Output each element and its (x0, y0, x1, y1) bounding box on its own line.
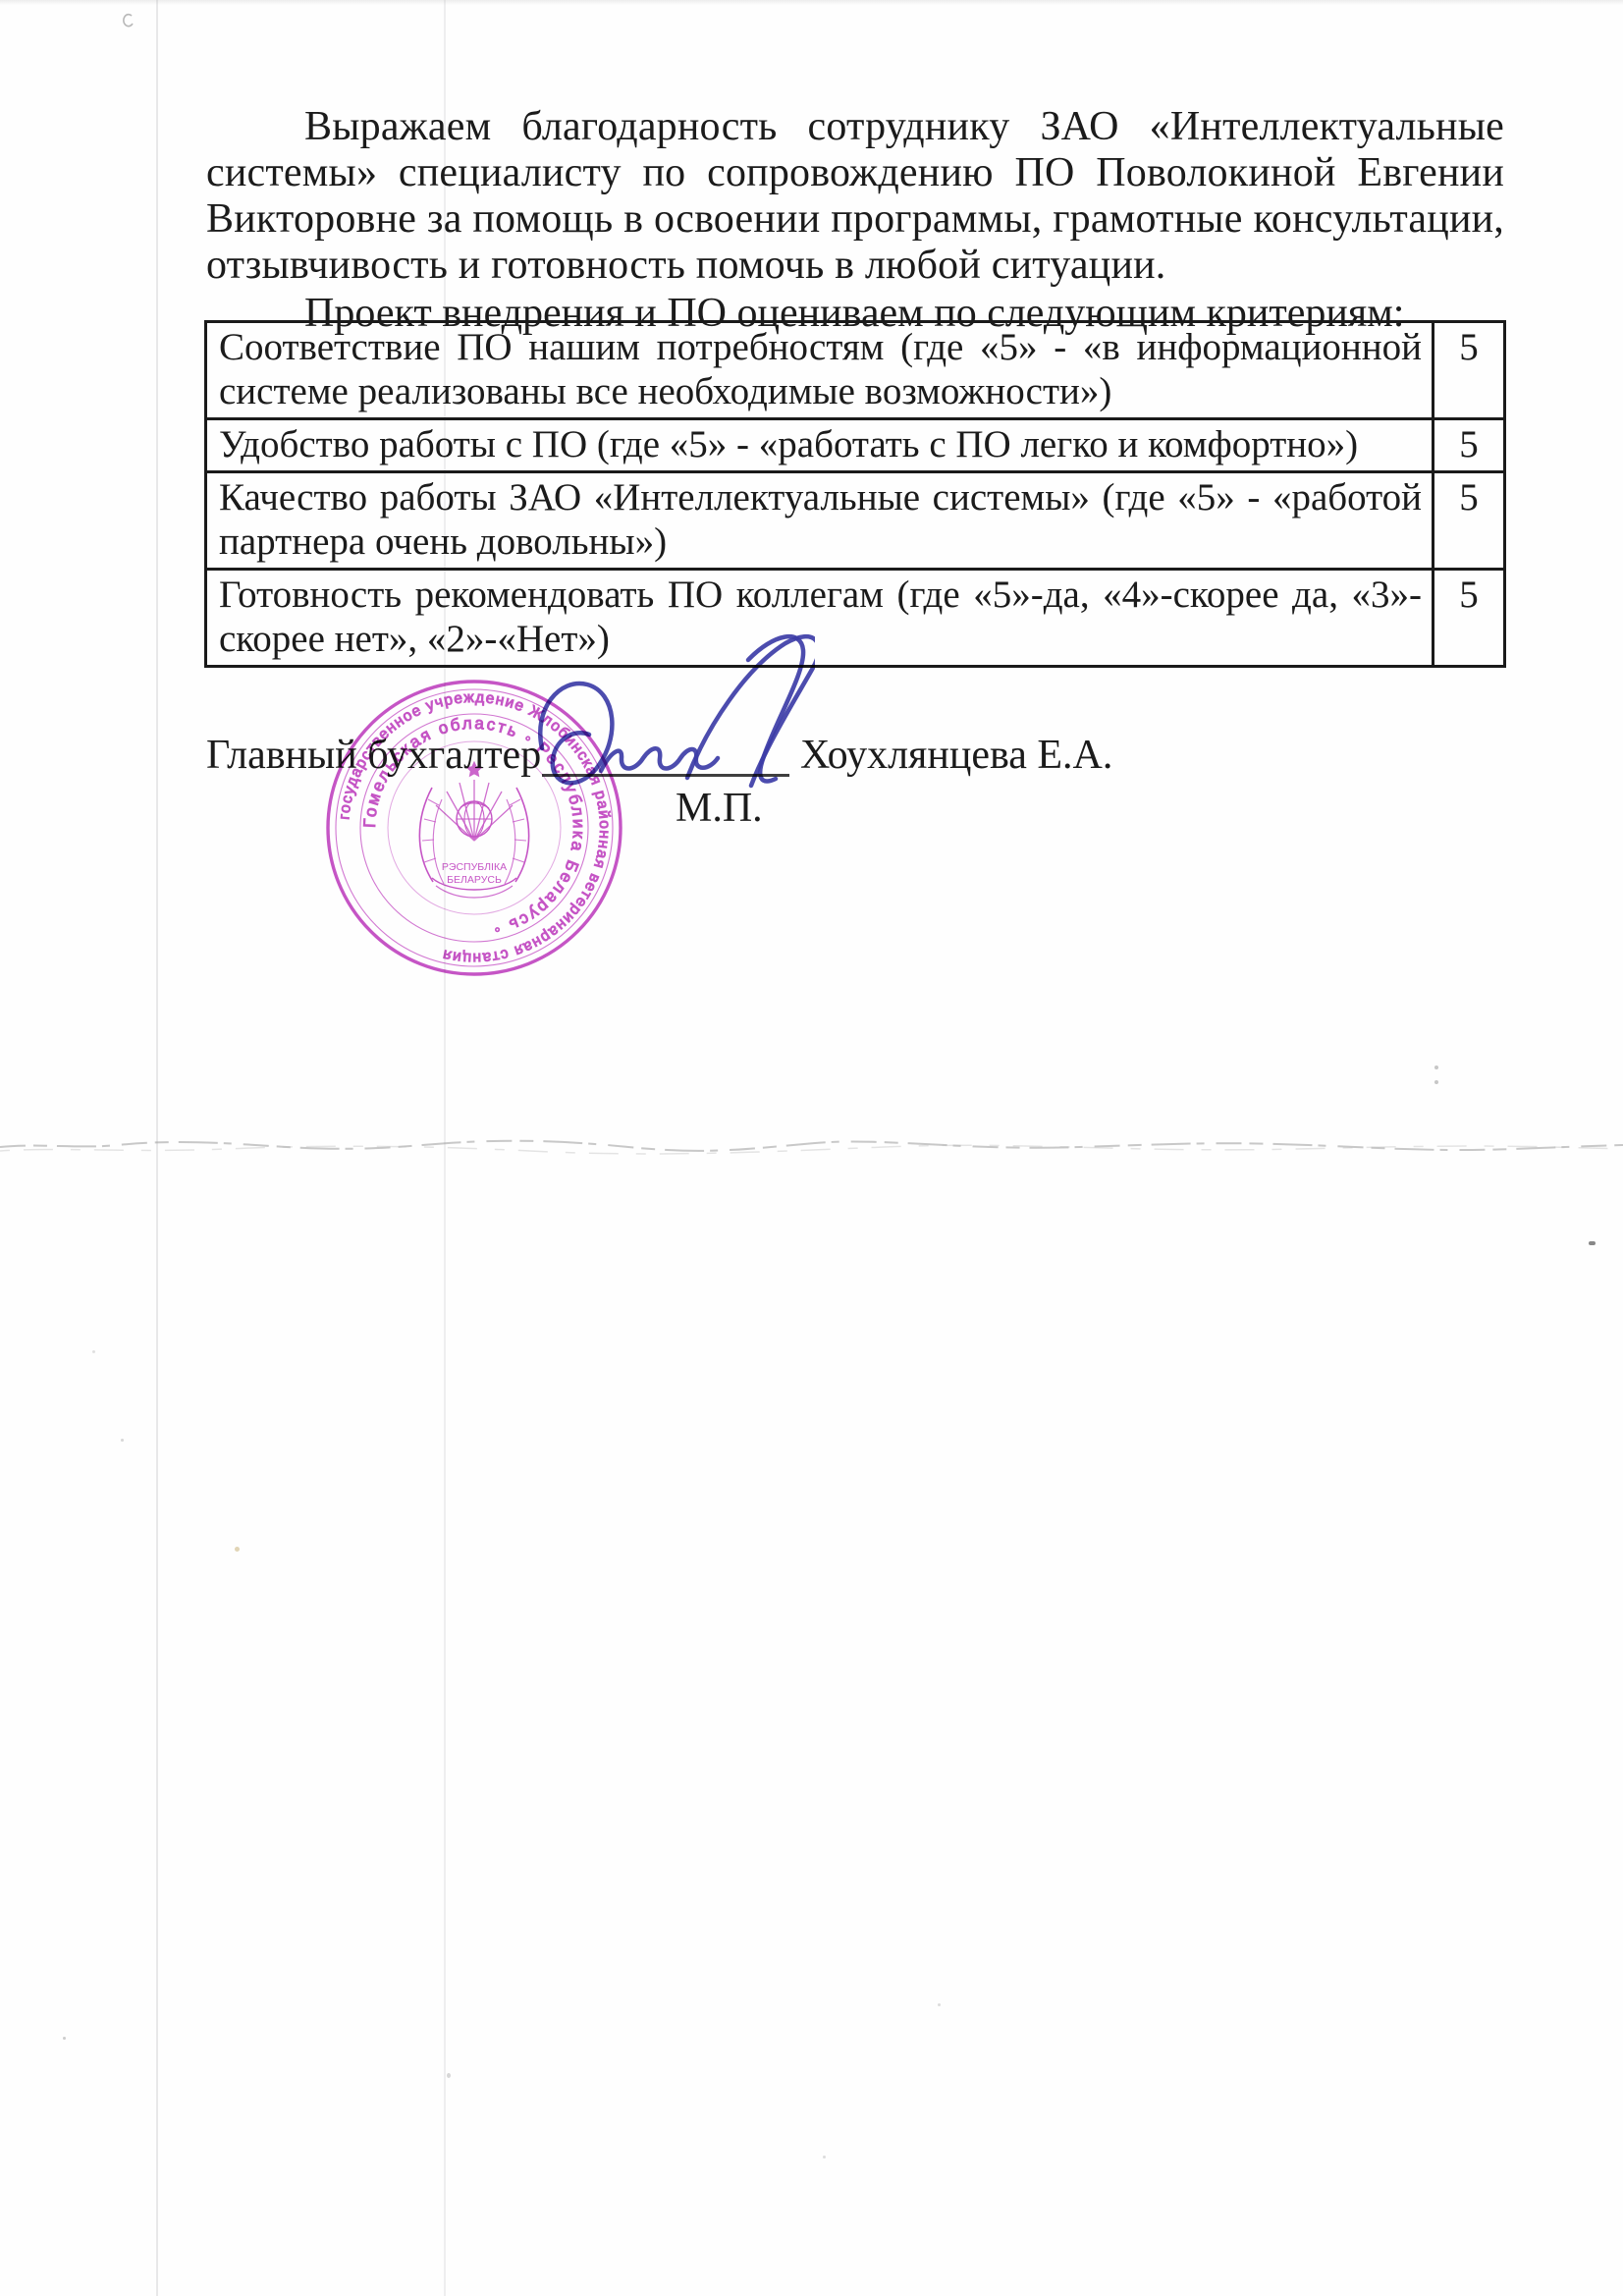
criterion-cell: Соответствие ПО нашим потребностям (где … (206, 322, 1434, 419)
dust-speck (63, 2037, 66, 2040)
criterion-cell: Удобство работы с ПО (где «5» - «работат… (206, 419, 1434, 472)
signer-name: Хоухлянцева Е.А. (800, 732, 1112, 779)
scanned-document-page: Выражаем благодарность сотруднику ЗАО «И… (0, 0, 1623, 2296)
score-cell: 5 (1434, 472, 1505, 570)
dust-speck (447, 2073, 451, 2078)
paragraph-line: отзывчивость и готовность помочь в любой… (206, 243, 1504, 289)
score-cell: 5 (1434, 419, 1505, 472)
dust-speck (121, 1439, 124, 1442)
dust-speck (1589, 1241, 1596, 1245)
scan-artifact-mark (120, 12, 135, 29)
table-row: Удобство работы с ПО (где «5» - «работат… (206, 419, 1505, 472)
score-cell: 5 (1434, 322, 1505, 419)
gratitude-paragraph: Выражаем благодарность сотруднику ЗАО «И… (206, 104, 1504, 289)
paragraph-line: системы» специалисту по сопровождению ПО… (206, 150, 1504, 196)
stamp-center-line2: БЕЛАРУСЬ (447, 874, 502, 886)
table-row: Соответствие ПО нашим потребностям (где … (206, 322, 1505, 419)
stamp-center-line1: РЭСПУБЛІКА (442, 861, 507, 873)
dust-speck (1434, 1080, 1438, 1084)
dust-speck (235, 1547, 240, 1552)
dust-speck (92, 1350, 95, 1353)
table-row: Готовность рекомендовать ПО коллегам (гд… (206, 570, 1505, 667)
criteria-table: Соответствие ПО нашим потребностям (где … (204, 320, 1506, 668)
table-row: Качество работы ЗАО «Интеллектуальные си… (206, 472, 1505, 570)
criterion-cell: Качество работы ЗАО «Интеллектуальные си… (206, 472, 1434, 570)
dust-speck (823, 2156, 826, 2159)
paragraph-line: Викторовне за помощь в освоении программ… (206, 196, 1504, 243)
paragraph-line: Выражаем благодарность сотруднику ЗАО «И… (206, 104, 1504, 150)
fold-crease-line (0, 1127, 1623, 1167)
dust-speck (938, 2003, 941, 2006)
score-cell: 5 (1434, 570, 1505, 667)
criterion-cell: Готовность рекомендовать ПО коллегам (гд… (206, 570, 1434, 667)
dust-speck (1434, 1066, 1438, 1069)
handwritten-signature (520, 619, 815, 815)
